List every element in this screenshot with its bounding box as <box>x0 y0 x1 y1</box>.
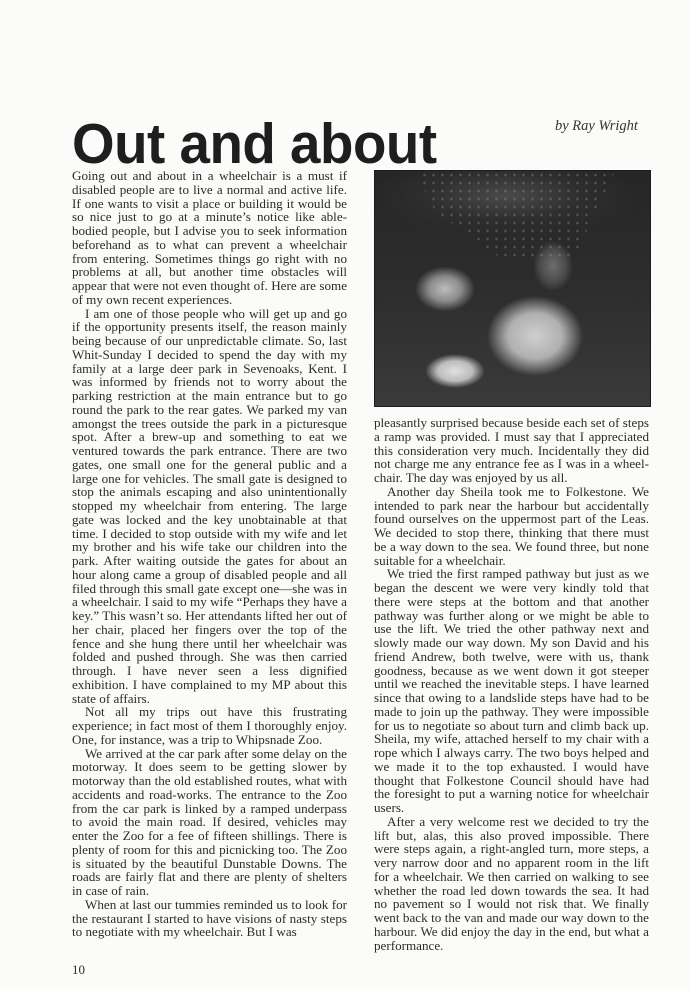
paragraph: When at last our tummies reminded us to … <box>72 898 347 939</box>
byline: by Ray Wright <box>555 118 638 135</box>
right-column: pleasantly surprised because beside each… <box>374 416 649 952</box>
article-title: Out and about <box>72 116 437 173</box>
paragraph: Another day Sheila took me to Folkestone… <box>374 485 649 568</box>
paragraph: I am one of those people who will get up… <box>72 307 347 706</box>
paragraph: We arrived at the car park after some de… <box>72 747 347 898</box>
page-number: 10 <box>72 962 85 978</box>
paragraph: Going out and about in a wheelchair is a… <box>72 169 347 307</box>
article-photo <box>374 170 651 407</box>
paragraph: After a very welcome rest we decided to … <box>374 815 649 953</box>
paragraph: We tried the first ramped pathway but ju… <box>374 567 649 815</box>
photo-flowers-texture <box>375 171 650 406</box>
paragraph: Not all my trips out have this frustrati… <box>72 705 347 746</box>
paragraph: pleasantly surprised because beside each… <box>374 416 649 485</box>
left-column: Going out and about in a wheelchair is a… <box>72 169 347 939</box>
